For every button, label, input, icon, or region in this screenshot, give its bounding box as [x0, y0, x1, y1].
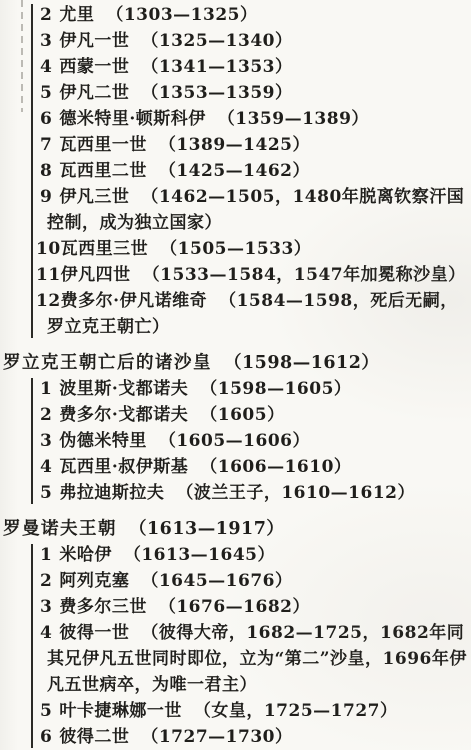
ruler-item: 12费多尔·伊凡诺维奇（1584—1598，死后无嗣，罗立克王朝亡）: [47, 288, 467, 340]
ruler-name: 弗拉迪斯拉夫: [59, 483, 164, 503]
ruler-dates: （1676—1682）: [159, 597, 310, 617]
ruler-item: 4彼得一世（彼得大帝，1682—1725，1682年同其兄伊凡五世同时即位，立为…: [47, 620, 467, 698]
ruler-dates: （1353—1359）: [141, 83, 292, 103]
ruler-list: 1米哈伊（1613—1645） 2阿列克塞（1645—1676） 3费多尔三世（…: [47, 542, 471, 750]
ruler-number: 2: [40, 405, 52, 425]
dynasty-name: 罗曼诺夫王朝: [3, 519, 117, 539]
dynasty-section: 罗曼诺夫王朝（1613—1917） 1米哈伊（1613—1645） 2阿列克塞（…: [0, 516, 471, 750]
ruler-dates: （1325—1340）: [141, 31, 292, 51]
ruler-number: 4: [40, 623, 52, 643]
ruler-name: 尤里: [59, 5, 94, 25]
ruler-name: 瓦西里二世: [59, 161, 147, 181]
ruler-name: 伊凡二世: [59, 83, 129, 103]
ruler-item: 1波里斯·戈都诺夫（1598—1605）: [47, 376, 467, 402]
ruler-item: 2尤里（1303—1325）: [47, 2, 467, 28]
dynasty-section: 2尤里（1303—1325） 3伊凡一世（1325—1340） 4西蒙一世（13…: [0, 2, 471, 340]
ruler-name: 彼得二世: [59, 727, 129, 747]
ruler-dates: （波兰王子，1610—1612）: [176, 483, 415, 503]
ruler-number: 2: [40, 5, 52, 25]
ruler-number: 3: [40, 31, 52, 51]
ruler-dates: （1303—1325）: [106, 5, 257, 25]
ruler-dates: （女皇，1725—1727）: [194, 701, 398, 721]
dynasty-heading: 罗曼诺夫王朝（1613—1917）: [3, 516, 471, 542]
ruler-dates: （1605）: [200, 405, 284, 425]
ruler-item: 3伪德米特里（1605—1606）: [47, 428, 467, 454]
ruler-number: 9: [40, 187, 52, 207]
ruler-dates: （1389—1425）: [159, 135, 310, 155]
ruler-item: 5伊凡二世（1353—1359）: [47, 80, 467, 106]
ruler-item: 3伊凡一世（1325—1340）: [47, 28, 467, 54]
dynasty-section: 罗立克王朝亡后的诸沙皇（1598—1612） 1波里斯·戈都诺夫（1598—16…: [0, 350, 471, 506]
ruler-number: 3: [40, 431, 52, 451]
ruler-list: 2尤里（1303—1325） 3伊凡一世（1325—1340） 4西蒙一世（13…: [47, 2, 471, 340]
ruler-number: 4: [40, 457, 52, 477]
ruler-item: 7瓦西里一世（1389—1425）: [47, 132, 467, 158]
ruler-name: 西蒙一世: [59, 57, 129, 77]
ruler-dates: （1613—1645）: [124, 545, 275, 565]
ruler-number: 7: [40, 135, 52, 155]
ruler-name: 波里斯·戈都诺夫: [59, 379, 188, 399]
ruler-number: 1: [40, 379, 52, 399]
ruler-item: 4瓦西里·叔伊斯基（1606—1610）: [47, 454, 467, 480]
ruler-dates: （1533—1584，1547年加冕称沙皇）: [143, 265, 466, 285]
ruler-number: 4: [40, 57, 52, 77]
ruler-number: 3: [40, 597, 52, 617]
ruler-dates: （1505—1533）: [160, 239, 311, 259]
ruler-item: 6德米特里·顿斯科伊（1359—1389）: [47, 106, 467, 132]
ruler-number: 11: [36, 265, 61, 285]
ruler-number: 12: [36, 291, 61, 311]
dynasty-heading: 罗立克王朝亡后的诸沙皇（1598—1612）: [3, 350, 471, 376]
ruler-number: 10: [36, 239, 61, 259]
ruler-item: 11伊凡四世（1533—1584，1547年加冕称沙皇）: [47, 262, 467, 288]
ruler-name: 阿列克塞: [59, 571, 129, 591]
ruler-dates: （1341—1353）: [141, 57, 292, 77]
ruler-item: 8瓦西里二世（1425—1462）: [47, 158, 467, 184]
ruler-dates: （1605—1606）: [159, 431, 310, 451]
ruler-name: 伪德米特里: [59, 431, 147, 451]
ruler-number: 5: [40, 83, 52, 103]
ruler-item: 6彼得二世（1727—1730）: [47, 724, 467, 750]
ruler-name: 伊凡四世: [61, 265, 131, 285]
ruler-number: 2: [40, 571, 52, 591]
ruler-dates: （1645—1676）: [141, 571, 292, 591]
ruler-number: 8: [40, 161, 52, 181]
ruler-item: 3费多尔三世（1676—1682）: [47, 594, 467, 620]
ruler-name: 费多尔三世: [59, 597, 147, 617]
ruler-item: 10瓦西里三世（1505—1533）: [47, 236, 467, 262]
dynasty-dates: （1598—1612）: [224, 353, 379, 373]
ruler-name: 彼得一世: [59, 623, 129, 643]
dynasty-sections: 2尤里（1303—1325） 3伊凡一世（1325—1340） 4西蒙一世（13…: [0, 2, 471, 750]
ruler-number: 6: [40, 727, 52, 747]
ruler-name: 费多尔·戈都诺夫: [59, 405, 188, 425]
ruler-name: 伊凡一世: [59, 31, 129, 51]
ruler-name: 瓦西里·叔伊斯基: [59, 457, 188, 477]
ruler-list: 1波里斯·戈都诺夫（1598—1605） 2费多尔·戈都诺夫（1605） 3伪德…: [47, 376, 471, 506]
ruler-item: 2费多尔·戈都诺夫（1605）: [47, 402, 467, 428]
ruler-item: 9伊凡三世（1462—1505，1480年脱离钦察汗国控制，成为独立国家）: [47, 184, 467, 236]
ruler-number: 1: [40, 545, 52, 565]
group-bracket-line: [31, 378, 33, 504]
dynasty-name: 罗立克王朝亡后的诸沙皇: [3, 353, 212, 373]
ruler-number: 5: [40, 483, 52, 503]
ruler-dates: （1598—1605）: [200, 379, 351, 399]
ruler-name: 瓦西里三世: [61, 239, 149, 259]
ruler-item: 1米哈伊（1613—1645）: [47, 542, 467, 568]
group-bracket-line: [31, 4, 33, 338]
scanned-book-page: 2尤里（1303—1325） 3伊凡一世（1325—1340） 4西蒙一世（13…: [0, 0, 471, 750]
ruler-name: 叶卡捷琳娜一世: [59, 701, 182, 721]
ruler-dates: （1359—1389）: [218, 109, 369, 129]
ruler-dates: （1606—1610）: [200, 457, 351, 477]
ruler-name: 瓦西里一世: [59, 135, 147, 155]
ruler-number: 6: [40, 109, 52, 129]
ruler-name: 费多尔·伊凡诺维奇: [61, 291, 207, 311]
ruler-name: 伊凡三世: [59, 187, 129, 207]
dynasty-dates: （1613—1917）: [129, 519, 284, 539]
ruler-item: 2阿列克塞（1645—1676）: [47, 568, 467, 594]
ruler-name: 德米特里·顿斯科伊: [59, 109, 205, 129]
ruler-number: 5: [40, 701, 52, 721]
ruler-dates: （1425—1462）: [159, 161, 310, 181]
ruler-item: 5弗拉迪斯拉夫（波兰王子，1610—1612）: [47, 480, 467, 506]
group-bracket-line: [31, 544, 33, 748]
ruler-item: 5叶卡捷琳娜一世（女皇，1725—1727）: [47, 698, 467, 724]
ruler-dates: （1727—1730）: [141, 727, 292, 747]
ruler-item: 4西蒙一世（1341—1353）: [47, 54, 467, 80]
ruler-name: 米哈伊: [59, 545, 112, 565]
